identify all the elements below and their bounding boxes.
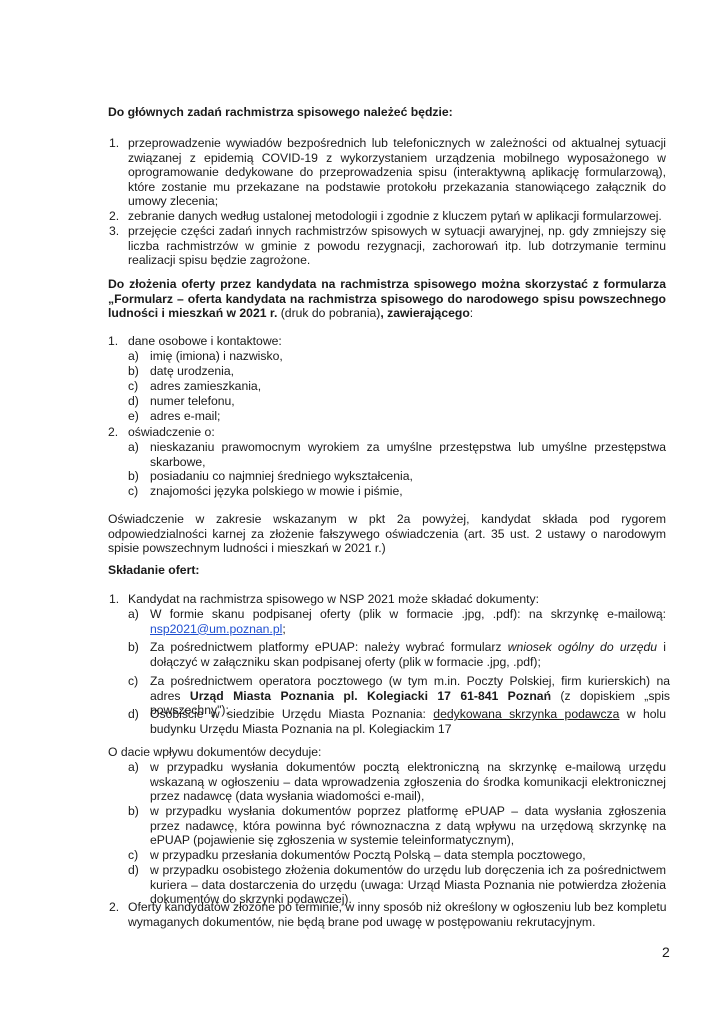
list-number: 2. [109,900,119,915]
list-letter: c) [128,848,138,863]
document-page: Do głównych zadań rachmistrza spisowego … [0,0,724,1024]
list-item: w przypadku przesłania dokumentów Pocztą… [150,848,666,863]
list-letter: b) [128,640,139,655]
form-intro-bold-2: , zawierającego [380,306,469,320]
list-number: 1. [108,334,118,349]
list-item: datę urodzenia, [150,364,550,379]
list-item: nieskazaniu prawomocnym wyrokiem za umyś… [150,440,666,469]
list-letter: c) [128,484,138,499]
list-letter: a) [128,607,139,622]
submission-heading: Składanie ofert: [108,563,408,578]
list-letter: d) [128,707,139,722]
email-link[interactable]: nsp2021@um.poznan.pl [150,622,282,636]
list-letter: c) [128,379,138,394]
drop-box-underlined: dedykowana skrzynka podawcza [433,707,619,721]
punct: ; [282,622,285,636]
list-number: 1. [109,592,119,607]
list-letter: a) [128,440,139,455]
list-letter: a) [128,760,139,775]
list-item: zebranie danych według ustalonej metodol… [128,209,673,224]
option-in-person: Osobiście w siedzibie Urzędu Miasta Pozn… [150,707,666,736]
list-item: Oferty kandydatów złożone po terminie, w… [128,900,668,929]
form-intro-paragraph: Do złożenia oferty przez kandydata na ra… [108,277,666,321]
list-number: 2. [109,209,119,224]
list-letter: d) [128,863,139,878]
list-letter: b) [128,469,139,484]
option-text: Osobiście w siedzibie Urzędu Miasta Pozn… [150,707,433,721]
list-item: znajomości języka polskiego w mowie i pi… [150,484,666,499]
statement-paragraph: Oświadczenie w zakresie wskazanym w pkt … [108,512,666,556]
form-intro-colon: : [470,306,473,320]
tasks-heading: Do głównych zadań rachmistrza spisowego … [108,105,668,120]
option-text: W formie skanu podpisanej oferty (plik w… [150,607,666,621]
form-name-italic: wniosek ogólny do urzędu [508,640,657,654]
option-text: Za pośrednictwem platformy ePUAP: należy… [150,640,508,654]
list-item: adres e-mail; [150,409,550,424]
form-download-note: (druk do pobrania) [277,306,380,320]
list-item: Kandydat na rachmistrza spisowego w NSP … [128,592,668,607]
option-epuap: Za pośrednictwem platformy ePUAP: należy… [150,640,666,669]
group-label: oświadczenie o: [128,425,528,440]
list-letter: b) [128,804,139,819]
list-item: numer telefonu, [150,394,550,409]
list-item: imię (imiona) i nazwisko, [150,349,550,364]
list-letter: b) [128,364,139,379]
list-number: 2. [108,425,118,440]
list-number: 1. [109,136,119,151]
list-item: przejęcie części zadań innych rachmistrz… [128,224,666,268]
page-number: 2 [662,944,670,960]
list-letter: e) [128,409,139,424]
date-heading: O dacie wpływu dokumentów decyduje: [108,745,508,760]
list-item: w przypadku wysłania dokumentów poprzez … [150,804,666,848]
list-letter: c) [128,674,138,689]
list-letter: d) [128,394,139,409]
list-letter: a) [128,349,139,364]
list-item: przeprowadzenie wywiadów bezpośrednich l… [128,136,666,209]
option-email: W formie skanu podpisanej oferty (plik w… [150,607,666,636]
list-number: 3. [109,224,119,239]
group-label: dane osobowe i kontaktowe: [128,334,528,349]
list-item: adres zamieszkania, [150,379,550,394]
list-item: w przypadku wysłania dokumentów pocztą e… [150,760,666,804]
office-address: Urząd Miasta Poznania pl. Kolegiacki 17 … [190,689,551,703]
list-item: posiadaniu co najmniej średniego wykszta… [150,469,666,484]
